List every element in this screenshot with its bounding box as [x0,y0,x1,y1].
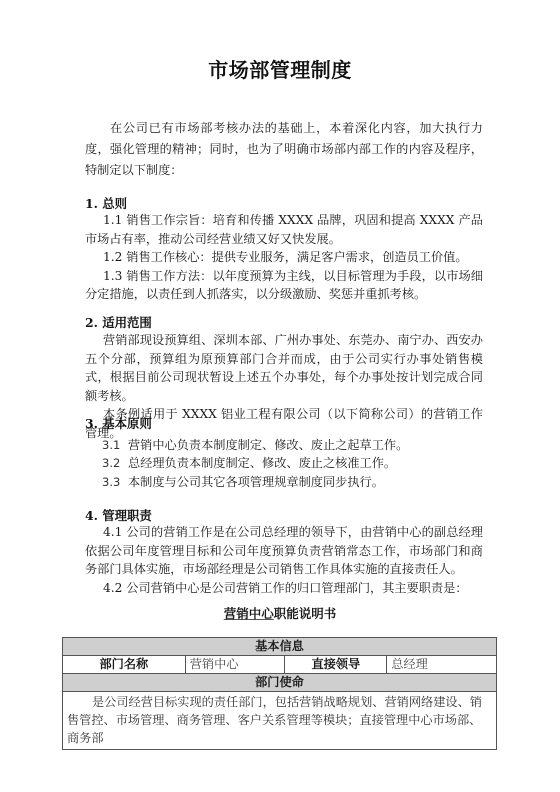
section-1-2: 1.2 销售工作核心：提供专业服务，满足客户需求，创造员工价值。 [85,248,483,267]
section-4-2: 4.2 公司营销中心是公司营销工作的归口管理部门，其主要职责是： [85,579,483,598]
table-row: 部门使命 [63,674,497,692]
item-number: 3.1 [102,436,128,454]
section-3-heading: 3. 基本原则 [85,414,152,432]
direct-leader-label: 直接领导 [285,656,387,674]
table-title-underlined: 营销中心 [224,606,274,621]
list-item: 3.2总经理负责本制度制定、修改、废止之核准工作。 [102,454,408,472]
mission-cell: 是公司经营目标实现的责任部门，包括营销战略规划、营销网络建设、销售管控、市场管理… [63,692,497,750]
intro-paragraph: 在公司已有市场部考核办法的基础上，本着深化内容，加大执行力度，强化管理的精神；同… [85,118,483,181]
table-title-rest: 职能说明书 [274,606,337,621]
mission-header: 部门使命 [63,674,497,692]
document-page: 市场部管理制度 在公司已有市场部考核办法的基础上，本着深化内容，加大执行力度，强… [0,0,560,792]
section-4-1: 4.1 公司的营销工作是在公司总经理的领导下，由营销中心的副总经理依据公司年度管… [85,523,483,579]
direct-leader-value: 总经理 [387,656,497,674]
item-text: 营销中心负责本制度制定、修改、废止之起草工作。 [128,438,408,452]
basic-info-header: 基本信息 [63,638,497,656]
section-1-1: 1.1 销售工作宗旨：培育和传播 XXXX 品牌，巩固和提高 XXXX 产品市场… [85,211,483,248]
dept-name-value: 营销中心 [185,656,285,674]
list-item: 3.1营销中心负责本制度制定、修改、废止之起草工作。 [102,436,408,454]
section-1-heading: 1. 总则 [85,194,127,212]
table-title: 营销中心职能说明书 [0,604,560,622]
section-1-3: 1.3 销售工作方法：以年度预算为主线，以目标管理为手段，以市场细分定措施，以责… [85,267,483,304]
section-2-para-1: 营销部现设预算组、深圳本部、广州办事处、东莞办、南宁办、西安办五个分部，预算组为… [85,331,483,405]
item-text: 总经理负责本制度制定、修改、废止之核准工作。 [128,456,396,470]
section-3-list: 3.1营销中心负责本制度制定、修改、废止之起草工作。 3.2总经理负责本制度制定… [102,436,408,491]
table-row: 是公司经营目标实现的责任部门，包括营销战略规划、营销网络建设、销售管控、市场管理… [63,692,497,750]
item-number: 3.2 [102,454,128,472]
document-title: 市场部管理制度 [0,54,560,83]
item-number: 3.3 [102,473,128,491]
table-row: 部门名称 营销中心 直接领导 总经理 [63,656,497,674]
section-4-body: 4.1 公司的营销工作是在公司总经理的领导下，由营销中心的副总经理依据公司年度管… [85,523,483,597]
mission-text: 是公司经营目标实现的责任部门，包括营销战略规划、营销网络建设、销售管控、市场管理… [67,695,482,745]
section-2-heading: 2. 适用范围 [85,313,152,331]
item-text: 本制度与公司其它各项管理规章制度同步执行。 [128,475,384,489]
list-item: 3.3本制度与公司其它各项管理规章制度同步执行。 [102,473,408,491]
table-row: 基本信息 [63,638,497,656]
section-1-body: 1.1 销售工作宗旨：培育和传播 XXXX 品牌，巩固和提高 XXXX 产品市场… [85,211,483,304]
department-info-table: 基本信息 部门名称 营销中心 直接领导 总经理 部门使命 是公司经营目标实现的责… [62,637,497,750]
section-4-heading: 4. 管理职责 [85,506,152,524]
dept-name-label: 部门名称 [63,656,186,674]
